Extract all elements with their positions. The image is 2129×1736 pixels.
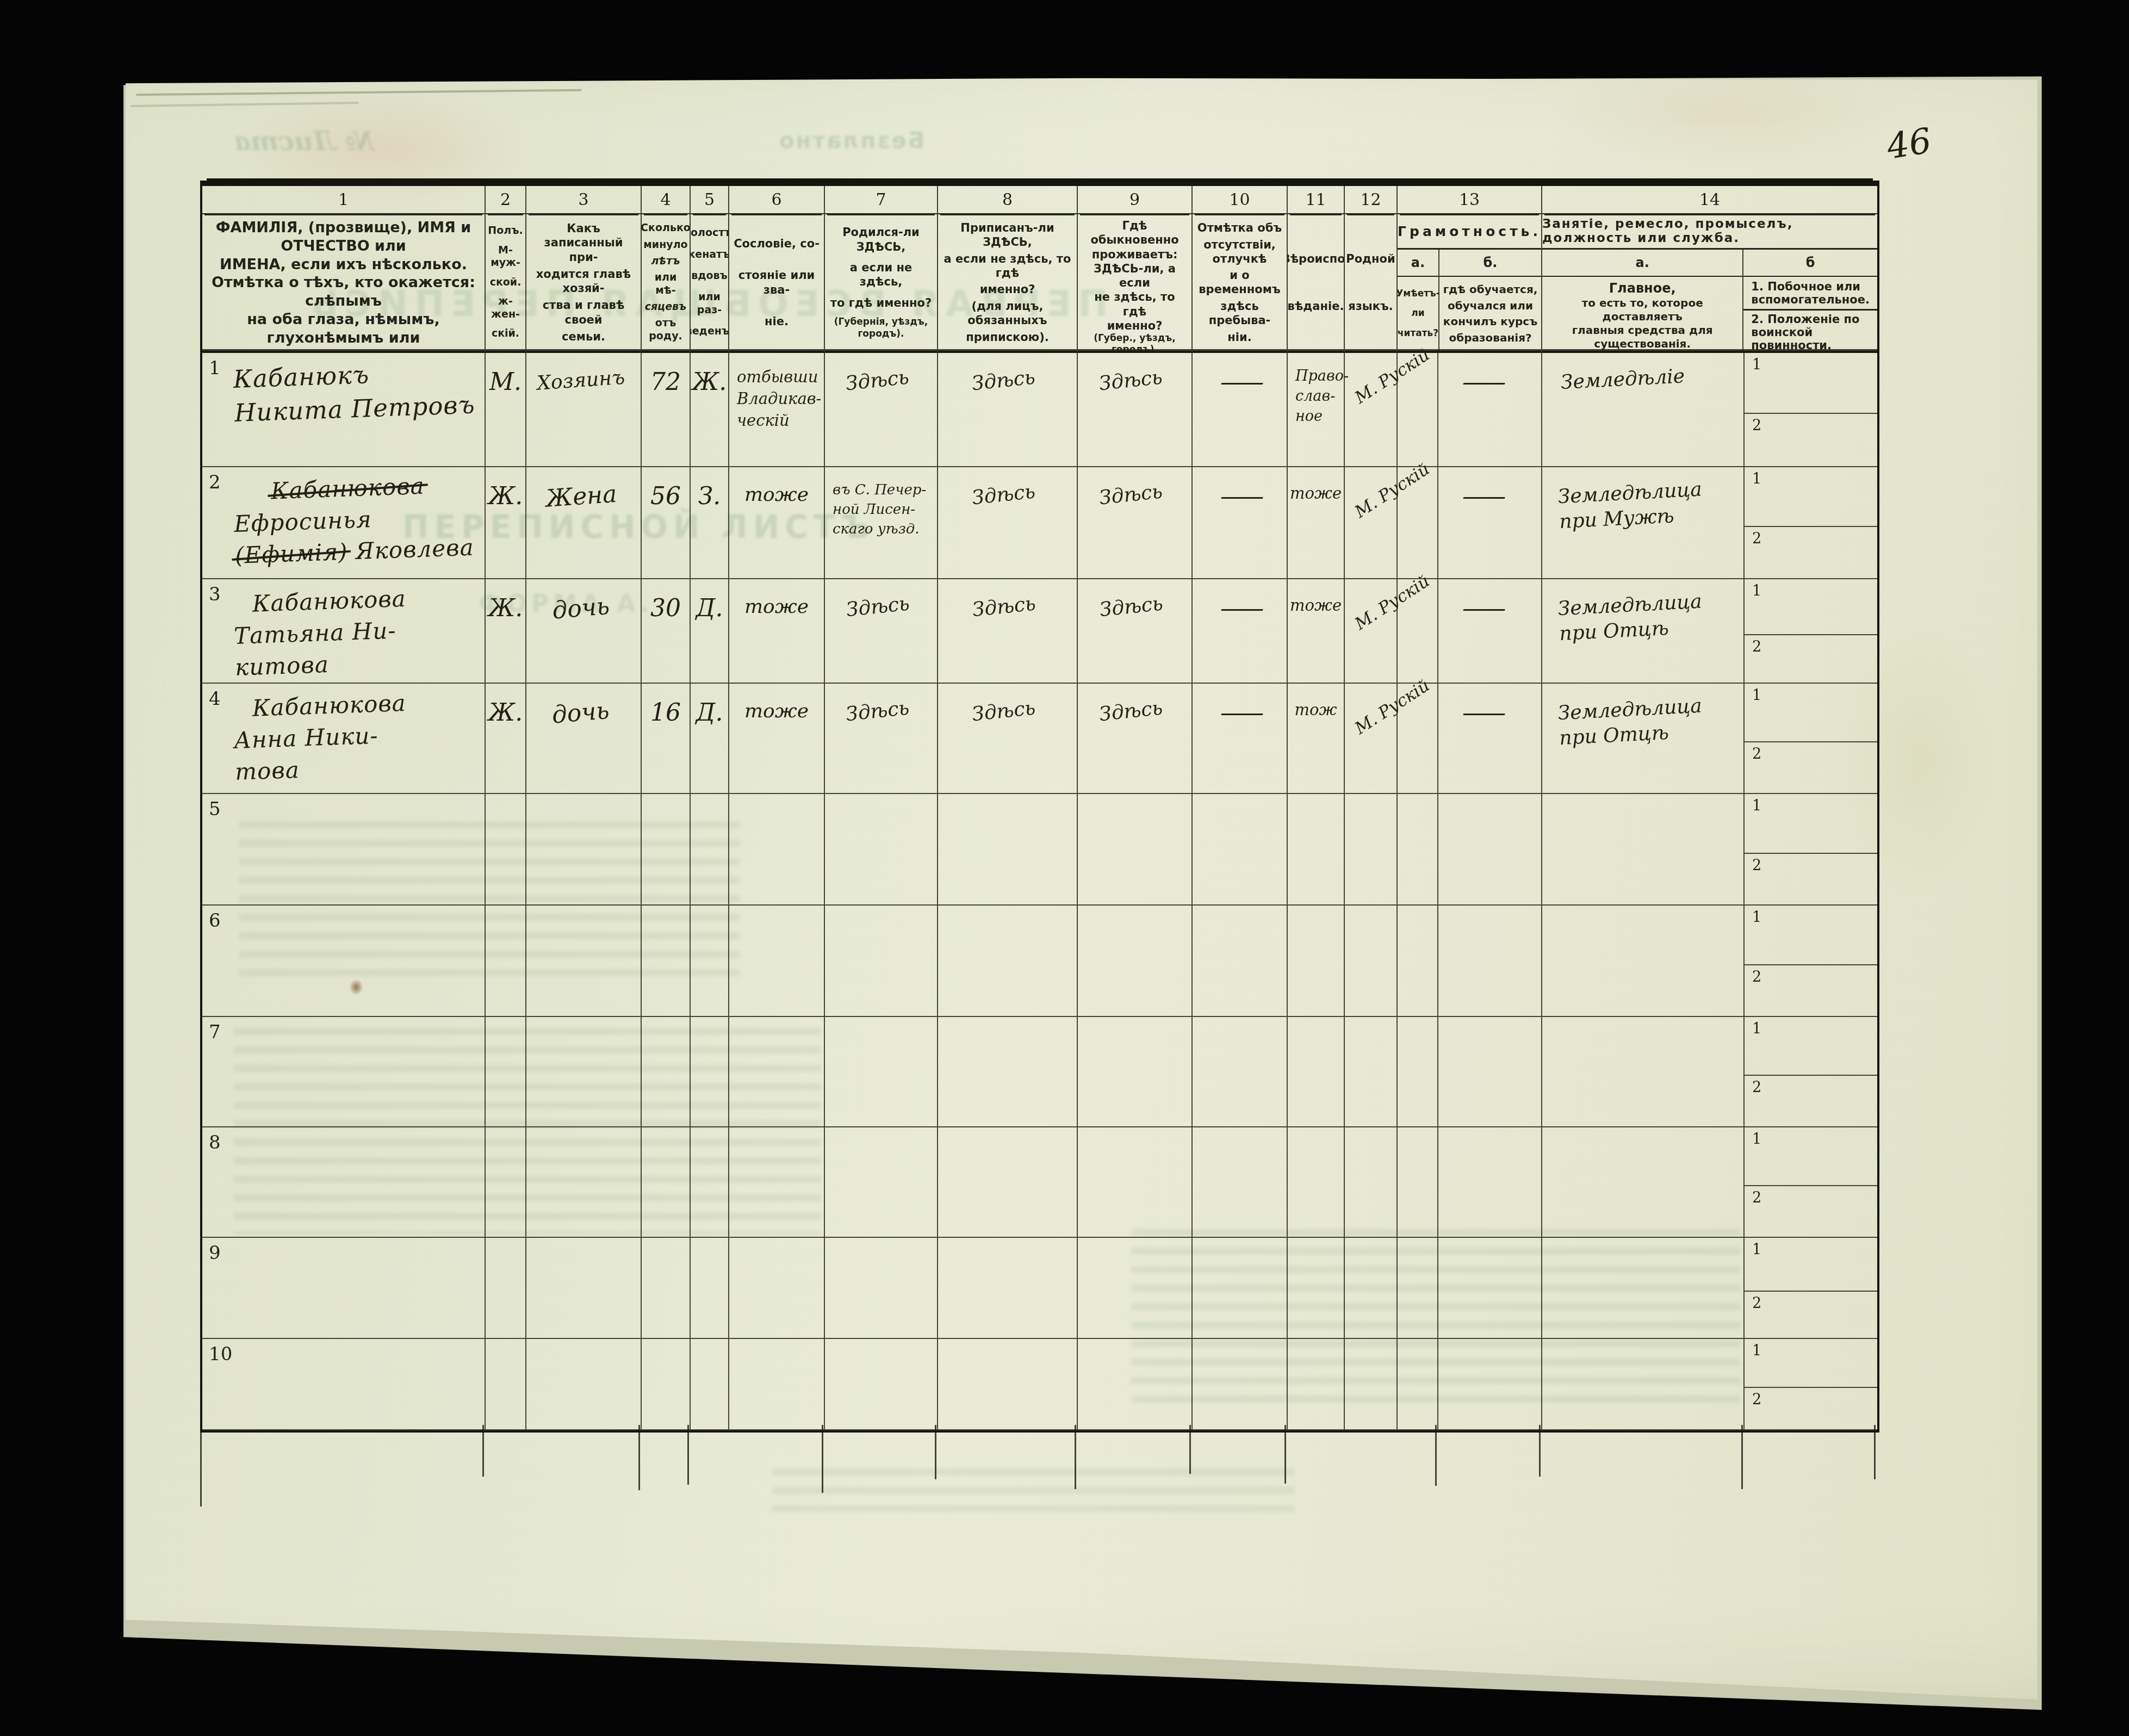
cell-absence (1193, 1127, 1288, 1238)
literacy-group-title: Грамотность. (1398, 214, 1541, 250)
sub-label-1: 1 (1745, 467, 1877, 487)
cell-occupation-side: 1 2 (1745, 906, 1877, 1017)
cell-literacy-school (1438, 1017, 1542, 1127)
sub-label-1: 1 (1745, 579, 1877, 599)
row-number: 3 (209, 584, 221, 605)
entry-estate: тоже (744, 699, 809, 793)
cell-born (825, 1238, 938, 1339)
cell-literacy-school (1438, 1339, 1542, 1430)
cell-language: М. Рускій (1345, 353, 1398, 467)
cell-name: 1 Кабанюкъ Никита Петровъ (202, 353, 486, 467)
entry-registered: Здѣсь (971, 591, 1044, 685)
entry-relation: дочь (551, 592, 616, 685)
entry-estate: тоже (744, 594, 809, 683)
cell-absence: — (1193, 467, 1288, 579)
cell-language (1345, 1017, 1398, 1127)
cell-relation: Жена (526, 467, 642, 579)
cell-literacy-school (1438, 1127, 1542, 1238)
row-number: 1 (209, 357, 221, 379)
header-col-marital: 5 Холостъ, женатъ, вдовъ или раз- веденъ… (691, 186, 729, 353)
entry-sex: Ж. (488, 482, 523, 578)
sub-label-1: 1 (1745, 1339, 1877, 1359)
sub-label-2: 2 (1745, 1076, 1877, 1096)
cell-registered (938, 906, 1078, 1017)
sub-label-2: 2 (1745, 1292, 1877, 1312)
cell-relation (526, 1339, 642, 1430)
row-number: 8 (209, 1132, 221, 1154)
sub-label-2: 2 (1745, 854, 1877, 874)
cell-marital (691, 1127, 729, 1238)
cell-sex (486, 1127, 526, 1238)
entry-sex: Ж. (488, 699, 523, 793)
header-col-registered: 8 Приписанъ-ли ЗДѢСЬ, а если не здѣсь, т… (938, 186, 1078, 353)
entry-literacy: — (1461, 482, 1507, 578)
entry-occupation: Земледѣліе (1549, 361, 1741, 396)
entry-religion: тож (1295, 699, 1337, 793)
occupation-military-label: 2. Положеніе по воинской повинности. (1743, 311, 1877, 353)
cell-absence: — (1193, 684, 1288, 794)
entry-occupation: Земледѣлица при Отцѣ (1549, 587, 1741, 647)
cell-registered (938, 1127, 1078, 1238)
cell-estate (729, 1238, 825, 1339)
cell-name: 6 (202, 906, 486, 1017)
cell-absence (1193, 906, 1288, 1017)
entry-literacy: — (1461, 699, 1507, 793)
cell-marital (691, 1238, 729, 1339)
cell-marital (691, 1017, 729, 1127)
cell-religion (1288, 1127, 1345, 1238)
cell-estate (729, 1017, 825, 1127)
entry-relation: Хозяинъ (536, 365, 631, 469)
entry-literacy: — (1461, 368, 1507, 466)
cell-estate (729, 906, 825, 1017)
cell-sex (486, 1017, 526, 1127)
cell-estate: тоже (729, 684, 825, 794)
cell-resides (1078, 1238, 1193, 1339)
cell-literacy-read (1398, 684, 1438, 794)
cell-language (1345, 906, 1398, 1017)
entry-name: Кабанюкъ Никита Петровъ (233, 354, 481, 430)
cell-language: М. Рускій (1345, 684, 1398, 794)
cell-literacy-school: — (1438, 579, 1542, 684)
cell-age: 56 (642, 467, 691, 579)
cell-absence (1193, 794, 1288, 906)
cell-literacy-read (1398, 1017, 1438, 1127)
sub-label-1: 1 (1745, 1238, 1877, 1258)
entry-born: въ С. Печер- ной Лисен- скаго уѣзд. (833, 480, 934, 539)
cell-born (825, 1127, 938, 1238)
cell-occupation-main (1542, 1127, 1745, 1238)
cell-marital: Д. (691, 684, 729, 794)
cell-name: 4 Кабанюкова Анна Ники- това (202, 684, 486, 794)
sub-label-2: 2 (1745, 635, 1877, 655)
row-number: 4 (209, 688, 221, 710)
cell-marital: З. (691, 467, 729, 579)
cell-resides (1078, 1127, 1193, 1238)
entry-religion: тоже (1290, 594, 1342, 683)
cell-religion (1288, 794, 1345, 906)
cell-absence (1193, 1339, 1288, 1430)
cell-born (825, 1017, 938, 1127)
cell-relation (526, 794, 642, 906)
showthrough-free-label: Безплатно (778, 128, 924, 153)
cell-born: въ С. Печер- ной Лисен- скаго уѣзд. (825, 467, 938, 579)
cell-marital: Д. (691, 579, 729, 684)
cell-estate: тоже (729, 467, 825, 579)
cell-relation (526, 1238, 642, 1339)
cell-religion (1288, 906, 1345, 1017)
cell-resides (1078, 1339, 1193, 1430)
sub-label-2: 2 (1745, 742, 1877, 762)
cell-religion: тоже (1288, 467, 1345, 579)
header-col-absence: 10 Отмѣтка объ отсутствіи, отлучкѣ и о в… (1193, 186, 1288, 353)
cell-resides (1078, 906, 1193, 1017)
cell-name: 2 Кабанюкова Ефросинья (Ефимія) Яковлева (202, 467, 486, 579)
cell-language (1345, 1127, 1398, 1238)
entry-absence: — (1219, 699, 1265, 793)
header-col-age: 4 Сколько минуло лѣтъ или мѣ- сяцевъ отъ… (642, 186, 691, 353)
cell-occupation-main (1542, 906, 1745, 1017)
header-col-religion: 11 Вѣроиспо- вѣданіе. (1288, 186, 1345, 353)
cell-name: 10 (202, 1339, 486, 1430)
entry-absence: — (1219, 594, 1265, 683)
census-table: 1 ФАМИЛІЯ, (прозвище), ИМЯ и ОТЧЕСТВО ил… (200, 181, 1879, 1433)
folio-number: 46 (1884, 121, 1934, 168)
cell-religion: тоже (1288, 579, 1345, 684)
cell-registered (938, 1238, 1078, 1339)
cell-sex: Ж. (486, 467, 526, 579)
cell-language (1345, 1339, 1398, 1430)
cell-occupation-main (1542, 1238, 1745, 1339)
sub-label-1: 1 (1745, 906, 1877, 926)
cell-occupation-main: Земледѣлица при Отцѣ (1542, 684, 1745, 794)
entry-relation: Жена (545, 480, 623, 581)
cell-occupation-side: 1 2 (1745, 794, 1877, 906)
cell-age (642, 1238, 691, 1339)
entry-absence: — (1219, 368, 1265, 466)
header-col-name: 1 ФАМИЛІЯ, (прозвище), ИМЯ и ОТЧЕСТВО ил… (202, 186, 486, 353)
cell-relation (526, 906, 642, 1017)
entry-registered: Здѣсь (971, 479, 1044, 581)
entry-resides: Здѣсь (1098, 696, 1171, 796)
paper-sheet: № Листа Безплатно ПЕРВАЯ ВСЕОБЩАЯ ПЕРЕПИ… (0, 0, 2129, 1736)
entry-age: 16 (650, 699, 681, 793)
cell-age (642, 1127, 691, 1238)
cell-born: Здѣсь (825, 579, 938, 684)
entry-born: Здѣсь (845, 591, 917, 685)
entry-age: 30 (650, 594, 681, 683)
cell-estate (729, 1339, 825, 1430)
cell-resides: Здѣсь (1078, 467, 1193, 579)
entry-estate: тоже (744, 482, 809, 578)
cell-born (825, 1339, 938, 1430)
cell-registered (938, 1017, 1078, 1127)
cell-literacy-read (1398, 579, 1438, 684)
cell-sex (486, 1339, 526, 1430)
cell-religion: тож (1288, 684, 1345, 794)
cell-marital (691, 794, 729, 906)
cell-religion: Право- слав- ное (1288, 353, 1345, 467)
cell-occupation-side: 1 2 (1745, 684, 1877, 794)
cell-occupation-side: 1 2 (1745, 1127, 1877, 1238)
cell-literacy-read (1398, 467, 1438, 579)
entry-name: Кабанюкова Татьяна Ни- китова (232, 580, 482, 684)
cell-occupation-side: 1 2 (1745, 1017, 1877, 1127)
cell-sex: Ж. (486, 579, 526, 684)
entry-absence: — (1219, 482, 1265, 578)
cell-registered: Здѣсь (938, 684, 1078, 794)
cell-language: М. Рускій (1345, 579, 1398, 684)
cell-occupation-side: 1 2 (1745, 579, 1877, 684)
cell-marital: Ж. (691, 353, 729, 467)
cell-religion (1288, 1017, 1345, 1127)
cell-literacy-read (1398, 794, 1438, 906)
cell-occupation-main: Земледѣліе (1542, 353, 1745, 467)
cell-name: 7 (202, 1017, 486, 1127)
sub-label-1: 1 (1745, 684, 1877, 704)
cell-registered: Здѣсь (938, 467, 1078, 579)
cell-estate (729, 794, 825, 906)
cell-absence: — (1193, 579, 1288, 684)
entry-estate: отбывши Владикав- ческій (737, 366, 821, 431)
cell-registered (938, 1339, 1078, 1430)
cell-age: 16 (642, 684, 691, 794)
header-col-resides: 9 Гдѣ обыкновенно проживаетъ: ЗДѢСЬ-ли, … (1078, 186, 1193, 353)
cell-literacy-read (1398, 1339, 1438, 1430)
header-col-estate: 6 Сословіе, со- стояніе или зва- ніе. (729, 186, 825, 353)
header-col-language: 12 Родной языкъ. (1345, 186, 1398, 353)
row-number: 5 (209, 798, 221, 820)
cell-name: 8 (202, 1127, 486, 1238)
cell-resides: Здѣсь (1078, 684, 1193, 794)
entry-registered: Здѣсь (971, 696, 1044, 796)
cell-estate (729, 1127, 825, 1238)
cell-marital (691, 906, 729, 1017)
cell-language (1345, 1238, 1398, 1339)
sub-label-1: 1 (1745, 353, 1877, 373)
cell-age (642, 906, 691, 1017)
cell-sex: М. (486, 353, 526, 467)
cell-estate: отбывши Владикав- ческій (729, 353, 825, 467)
entry-relation: дочь (551, 697, 616, 796)
scanned-census-sheet: № Листа Безплатно ПЕРВАЯ ВСЕОБЩАЯ ПЕРЕПИ… (0, 0, 2129, 1736)
cell-occupation-side: 1 2 (1745, 1238, 1877, 1339)
cell-literacy-school (1438, 794, 1542, 906)
cell-name: 5 (202, 794, 486, 906)
row-number: 2 (209, 472, 221, 493)
entry-resides: Здѣсь (1098, 591, 1171, 685)
cell-marital (691, 1339, 729, 1430)
header-col-relation: 3 Какъ записанный при- ходится главѣ хоз… (526, 186, 642, 353)
cell-age (642, 794, 691, 906)
cell-name: 9 (202, 1238, 486, 1339)
cell-literacy-school: — (1438, 353, 1542, 467)
col-number: 1 (202, 186, 485, 214)
entry-marital: Д. (696, 699, 723, 793)
paper-stain (1550, 60, 1898, 169)
cell-born: Здѣсь (825, 684, 938, 794)
entry-religion: Право- слав- ное (1295, 366, 1340, 426)
cell-resides: Здѣсь (1078, 579, 1193, 684)
row-number: 7 (209, 1021, 221, 1043)
entry-occupation: Земледѣлица при Отцѣ (1549, 692, 1741, 752)
cell-occupation-main: Земледѣлица при Отцѣ (1542, 579, 1745, 684)
cell-born (825, 794, 938, 906)
cell-occupation-side: 1 2 (1745, 1339, 1877, 1430)
cell-resides (1078, 1017, 1193, 1127)
cell-age: 72 (642, 353, 691, 467)
cell-age (642, 1339, 691, 1430)
entry-age: 72 (650, 368, 681, 466)
cell-name: 3 Кабанюкова Татьяна Ни- китова (202, 579, 486, 684)
sub-label-1: 1 (1745, 1017, 1877, 1037)
cell-relation (526, 1017, 642, 1127)
cell-registered: Здѣсь (938, 579, 1078, 684)
header-col-literacy: 13 Грамотность. а. Умѣетъ- ли читать? б. (1398, 186, 1542, 353)
cell-literacy-school: — (1438, 467, 1542, 579)
cell-literacy-school: — (1438, 684, 1542, 794)
cell-occupation-side: 1 2 (1745, 467, 1877, 579)
cell-estate: тоже (729, 579, 825, 684)
cell-relation: дочь (526, 579, 642, 684)
row-number: 10 (209, 1343, 232, 1365)
cell-language (1345, 794, 1398, 906)
cell-sex: Ж. (486, 684, 526, 794)
cell-resides (1078, 794, 1193, 906)
entry-name: Кабанюкова Анна Ники- това (232, 685, 482, 788)
occupation-group-title: Занятіе, ремесло, промыселъ, должность и… (1542, 214, 1877, 250)
cell-age (642, 1017, 691, 1127)
cell-sex (486, 794, 526, 906)
cell-religion (1288, 1238, 1345, 1339)
cell-relation: Хозяинъ (526, 353, 642, 467)
cell-literacy-read (1398, 906, 1438, 1017)
cell-born: Здѣсь (825, 353, 938, 467)
row-number: 9 (209, 1242, 221, 1264)
header-col-sex: 2 Полъ. М-муж- ской. ж-жен- скій. (486, 186, 526, 353)
sub-label-2: 2 (1745, 1388, 1877, 1408)
entry-name: Кабанюкова Ефросинья (Ефимія) Яковлева (232, 468, 482, 572)
showthrough-sheet-number: № Листа (234, 126, 374, 157)
cell-absence: — (1193, 353, 1288, 467)
entry-marital: Ж. (692, 368, 727, 466)
entry-resides: Здѣсь (1098, 365, 1171, 469)
sub-label-2: 2 (1745, 414, 1877, 434)
entry-sex: Ж. (488, 594, 523, 683)
cell-literacy-read (1398, 1238, 1438, 1339)
cell-born (825, 906, 938, 1017)
cell-absence (1193, 1017, 1288, 1127)
cell-age: 30 (642, 579, 691, 684)
cell-literacy-read (1398, 1127, 1438, 1238)
cell-registered (938, 794, 1078, 906)
entry-resides: Здѣсь (1098, 479, 1171, 581)
stacked-sheet-edge (131, 102, 359, 107)
cell-literacy-school (1438, 906, 1542, 1017)
cell-religion (1288, 1339, 1345, 1430)
entry-registered: Здѣсь (971, 365, 1044, 469)
cell-relation (526, 1127, 642, 1238)
stacked-sheet-edge (136, 89, 582, 96)
header-col-born: 7 Родился-ли ЗДѢСЬ, а если не здѣсь, то … (825, 186, 938, 353)
entry-marital: З. (698, 482, 721, 578)
cell-occupation-main (1542, 1017, 1745, 1127)
sub-label-1: 1 (1745, 1127, 1877, 1148)
entry-religion: тоже (1290, 482, 1342, 578)
occupation-side-label: 1. Побочное или вспомогательное. (1743, 277, 1877, 311)
cell-occupation-main (1542, 1339, 1745, 1430)
cell-language: М. Рускій (1345, 467, 1398, 579)
sub-label-2: 2 (1745, 965, 1877, 985)
sub-label-2: 2 (1745, 1186, 1877, 1206)
cell-registered: Здѣсь (938, 353, 1078, 467)
entry-born: Здѣсь (845, 365, 918, 469)
entry-born: Здѣсь (845, 696, 917, 796)
header-col-occupation: 14 Занятіе, ремесло, промыселъ, должност… (1542, 186, 1877, 353)
showthrough-paragraph (772, 1468, 1294, 1512)
sub-label-1: 1 (1745, 794, 1877, 814)
cell-occupation-side: 1 2 (1745, 353, 1877, 467)
cell-absence (1193, 1238, 1288, 1339)
entry-sex: М. (489, 368, 522, 466)
entry-age: 56 (650, 482, 681, 578)
row-number: 6 (209, 910, 221, 932)
cell-literacy-read (1398, 353, 1438, 467)
cell-sex (486, 906, 526, 1017)
entry-marital: Д. (696, 594, 723, 683)
cell-literacy-school (1438, 1238, 1542, 1339)
cell-occupation-main: Земледѣлица при Мужѣ (1542, 467, 1745, 579)
entry-occupation: Земледѣлица при Мужѣ (1549, 475, 1741, 535)
cell-resides: Здѣсь (1078, 353, 1193, 467)
cell-relation: дочь (526, 684, 642, 794)
sub-label-2: 2 (1745, 527, 1877, 547)
cell-sex (486, 1238, 526, 1339)
cell-occupation-main (1542, 794, 1745, 906)
entry-literacy: — (1461, 594, 1507, 683)
